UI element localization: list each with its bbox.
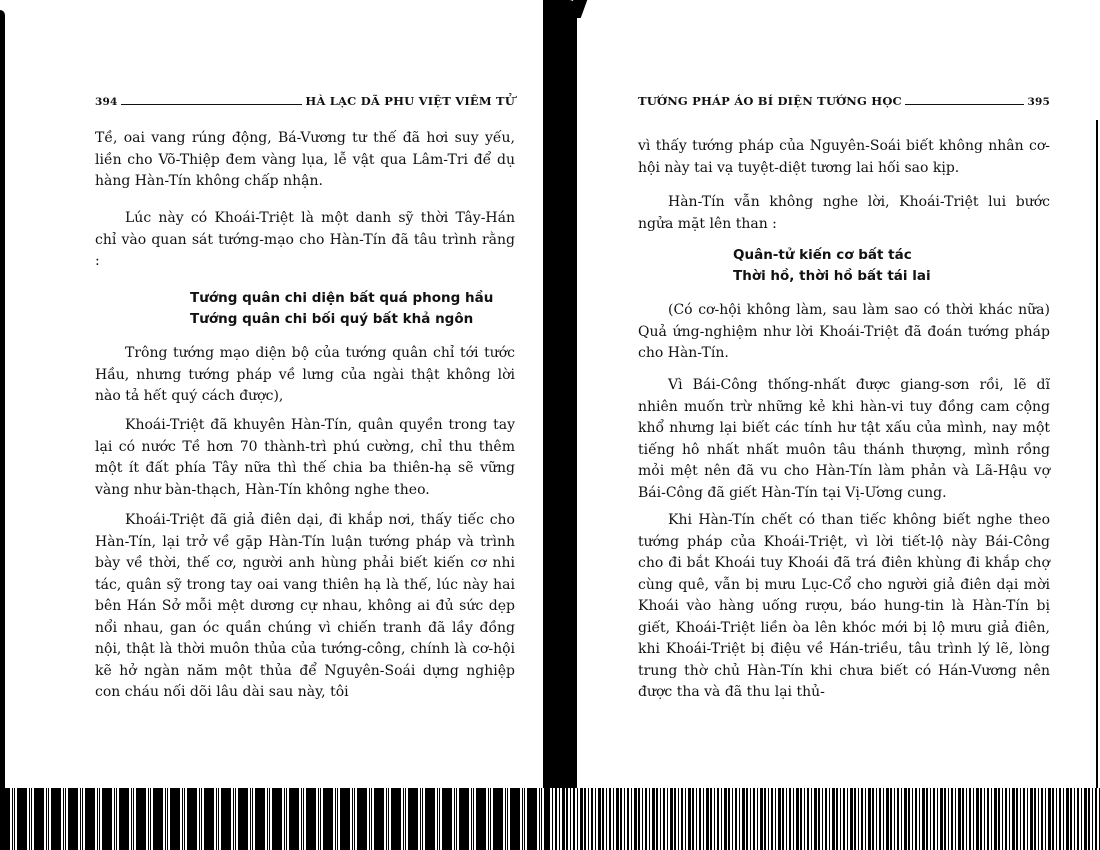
verse-line: Quân-tử kiến cơ bất tác (733, 245, 1050, 266)
scan-artifact-stripes-right (548, 788, 1100, 850)
left-text-block-3: Trông tướng mạo diện bộ của tướng quân c… (95, 343, 515, 408)
scan-artifact-stripes-left (0, 788, 548, 850)
left-verse: Tướng quân chi diện bất quá phong hầu Tư… (190, 288, 515, 330)
left-text-block-2: Lúc này có Khoái-Triệt là một danh sỹ th… (95, 208, 515, 273)
header-rule (121, 103, 303, 105)
page-number-right: 395 (1027, 96, 1050, 108)
right-verse: Quân-tử kiến cơ bất tác Thời hồ, thời hồ… (733, 245, 1050, 287)
paragraph: vì thấy tướng pháp của Nguyên-Soái biết … (638, 136, 1050, 179)
right-text-block-3: (Có cơ-hội không làm, sau làm sao có thờ… (638, 300, 1050, 365)
paragraph: Vì Bái-Công thống-nhất được giang-sơn rồ… (638, 375, 1050, 504)
right-text-block-2: Hàn-Tín vẫn không nghe lời, Khoái-Triệt … (638, 192, 1050, 235)
left-page: 394 HÀ LẠC DÃ PHU VIỆT VIÊM TỬ Tề, oai v… (95, 0, 515, 790)
book-gutter (543, 0, 577, 800)
paragraph: Lúc này có Khoái-Triệt là một danh sỹ th… (95, 208, 515, 273)
right-text-block-1: vì thấy tướng pháp của Nguyên-Soái biết … (638, 136, 1050, 179)
left-running-head: 394 HÀ LẠC DÃ PHU VIỆT VIÊM TỬ (95, 92, 515, 108)
running-head-title-left: HÀ LẠC DÃ PHU VIỆT VIÊM TỬ (305, 94, 515, 108)
right-text-block-4: Vì Bái-Công thống-nhất được giang-sơn rồ… (638, 375, 1050, 504)
left-text-block-5: Khoái-Triệt đã giả điên dại, đi khắp nơi… (95, 510, 515, 704)
paragraph: (Có cơ-hội không làm, sau làm sao có thờ… (638, 300, 1050, 365)
verse-line: Tướng quân chi diện bất quá phong hầu (190, 288, 515, 309)
verse-line: Thời hồ, thời hồ bất tái lai (733, 266, 1050, 287)
left-text-block-1: Tề, oai vang rúng động, Bá-Vương tư thế … (95, 128, 515, 193)
page-number-left: 394 (95, 96, 118, 108)
right-text-block-5: Khi Hàn-Tín chết có than tiếc không biết… (638, 510, 1050, 704)
right-page: TƯỚNG PHÁP ÁO BÍ DIỆN TƯỚNG HỌC 395 vì t… (638, 0, 1050, 790)
running-head-title-right: TƯỚNG PHÁP ÁO BÍ DIỆN TƯỚNG HỌC (638, 94, 902, 108)
scan-left-edge (0, 10, 5, 800)
paragraph: Khoái-Triệt đã giả điên dại, đi khắp nơi… (95, 510, 515, 704)
header-rule (905, 103, 1025, 105)
scan-right-edge (1096, 120, 1098, 800)
right-running-head: TƯỚNG PHÁP ÁO BÍ DIỆN TƯỚNG HỌC 395 (638, 92, 1050, 108)
paragraph: Tề, oai vang rúng động, Bá-Vương tư thế … (95, 128, 515, 193)
paragraph: Khoái-Triệt đã khuyên Hàn-Tín, quân quyề… (95, 415, 515, 501)
paragraph: Hàn-Tín vẫn không nghe lời, Khoái-Triệt … (638, 192, 1050, 235)
verse-line: Tướng quân chi bối quý bất khả ngôn (190, 309, 515, 330)
paragraph: Trông tướng mạo diện bộ của tướng quân c… (95, 343, 515, 408)
left-text-block-4: Khoái-Triệt đã khuyên Hàn-Tín, quân quyề… (95, 415, 515, 501)
paragraph: Khi Hàn-Tín chết có than tiếc không biết… (638, 510, 1050, 704)
